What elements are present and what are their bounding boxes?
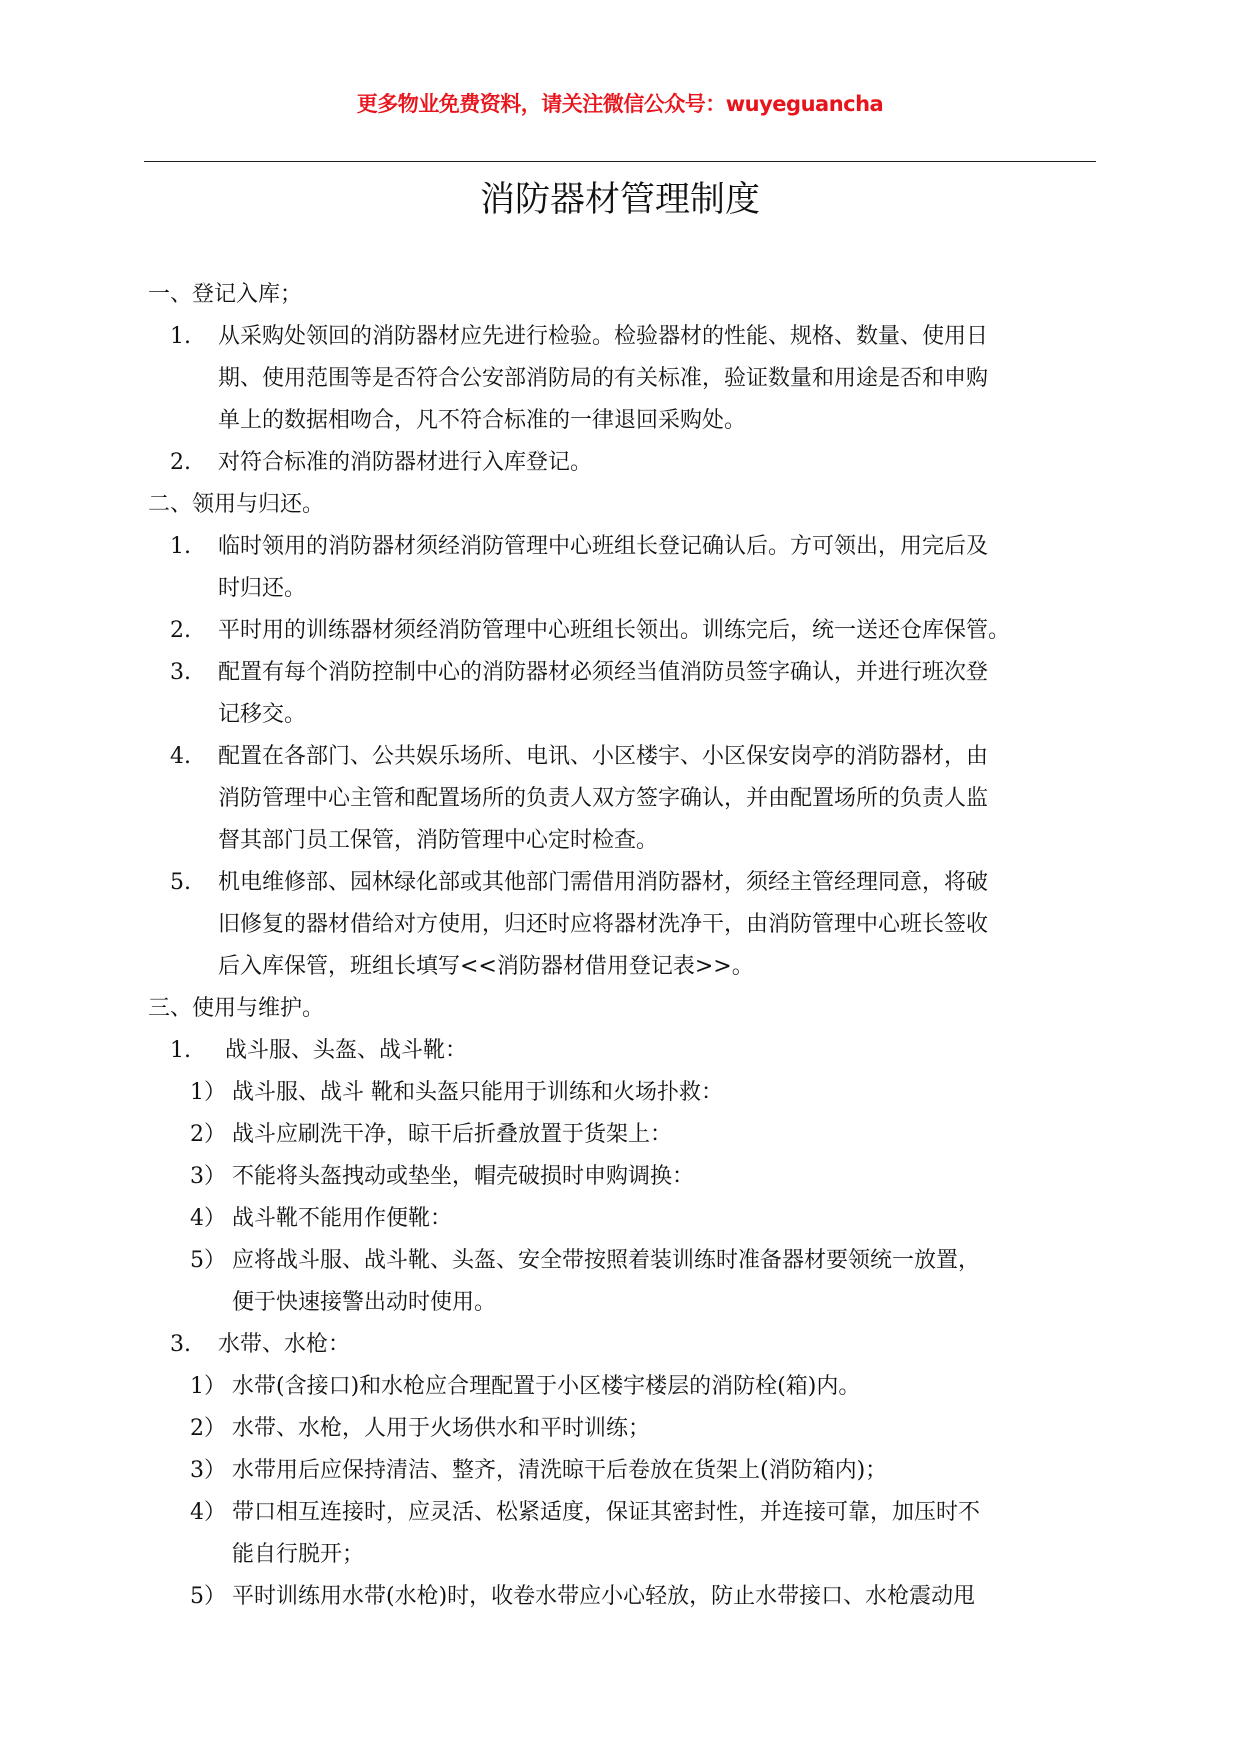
line-text: 战斗应刷洗干净，晾干后折叠放置于货架上： (232, 1122, 672, 1147)
line-text: 消防管理中心主管和配置场所的负责人双方签字确认，并由配置场所的负责人监 (218, 786, 988, 811)
list-item: 2）水带、水枪，人用于火场供水和平时训练； (190, 1408, 650, 1450)
list-item: 5）平时训练用水带(水枪)时，收卷水带应小心轻放，防止水带接口、水枪震动甩 (190, 1576, 975, 1618)
list-number: 5. (170, 862, 218, 904)
paragraph-continuation: 督其部门员工保管，消防管理中心定时检查。 (218, 820, 658, 862)
list-item: 3）不能将头盔拽动或垫坐，帽壳破损时申购调换： (190, 1156, 694, 1198)
section-heading: 二、领用与归还。 (148, 484, 324, 526)
list-number: 3） (190, 1450, 232, 1492)
line-text: 机电维修部、园林绿化部或其他部门需借用消防器材，须经主管经理同意，将破 (218, 870, 988, 895)
line-text: 能自行脱开； (232, 1542, 364, 1567)
list-number: 4） (190, 1198, 232, 1240)
line-text: 不能将头盔拽动或垫坐，帽壳破损时申购调换： (232, 1164, 694, 1189)
line-text: 战斗服、战斗 靴和头盔只能用于训练和火场扑救： (232, 1080, 723, 1105)
list-item: 3）水带用后应保持清洁、整齐，清洗晾干后卷放在货架上(消防箱内)； (190, 1450, 887, 1492)
line-text: 对符合标准的消防器材进行入库登记。 (218, 450, 592, 475)
paragraph-continuation: 单上的数据相吻合，凡不符合标准的一律退回采购处。 (218, 400, 746, 442)
line-text: 记移交。 (218, 702, 306, 727)
list-item: 4.配置在各部门、公共娱乐场所、电讯、小区楼宇、小区保安岗亭的消防器材，由 (170, 736, 988, 778)
line-text: 带口相互连接时，应灵活、松紧适度，保证其密封性，并连接可靠，加压时不 (232, 1500, 980, 1525)
line-text: 三、使用与维护。 (148, 996, 324, 1021)
list-number: 3. (170, 652, 218, 694)
list-item: 3.水带、水枪： (170, 1324, 350, 1366)
line-text: 应将战斗服、战斗靴、头盔、安全带按照着装训练时准备器材要领统一放置， (232, 1248, 980, 1273)
section-heading: 一、登记入库； (148, 274, 302, 316)
paragraph-continuation: 能自行脱开； (232, 1534, 364, 1576)
list-item: 1）水带(含接口)和水枪应合理配置于小区楼宇楼层的消防栓(箱)内。 (190, 1366, 860, 1408)
list-item: 1.临时领用的消防器材须经消防管理中心班组长登记确认后。方可领出，用完后及 (170, 526, 988, 568)
line-text: 水带用后应保持清洁、整齐，清洗晾干后卷放在货架上(消防箱内)； (232, 1458, 887, 1483)
paragraph-continuation: 便于快速接警出动时使用。 (232, 1282, 496, 1324)
list-number: 4. (170, 736, 218, 778)
line-text: 水带、水枪： (218, 1332, 350, 1357)
line-text: 便于快速接警出动时使用。 (232, 1290, 496, 1315)
list-item: 4）带口相互连接时，应灵活、松紧适度，保证其密封性，并连接可靠，加压时不 (190, 1492, 980, 1534)
list-number: 2. (170, 610, 218, 652)
list-number: 1. (170, 1030, 218, 1072)
list-item: 5）应将战斗服、战斗靴、头盔、安全带按照着装训练时准备器材要领统一放置， (190, 1240, 980, 1282)
list-number: 1） (190, 1072, 232, 1114)
paragraph-continuation: 旧修复的器材借给对方使用，归还时应将器材洗净干，由消防管理中心班长签收 (218, 904, 988, 946)
list-number: 2） (190, 1408, 232, 1450)
list-item: 2.平时用的训练器材须经消防管理中心班组长领出。训练完后，统一送还仓库保管。 (170, 610, 1010, 652)
list-number: 5） (190, 1576, 232, 1618)
list-number: 2） (190, 1114, 232, 1156)
paragraph-continuation: 后入库保管，班组长填写<<消防器材借用登记表>>。 (218, 946, 754, 988)
list-item: 5.机电维修部、园林绿化部或其他部门需借用消防器材，须经主管经理同意，将破 (170, 862, 988, 904)
list-item: 3.配置有每个消防控制中心的消防器材必须经当值消防员签字确认，并进行班次登 (170, 652, 988, 694)
line-text: 战斗靴不能用作便靴： (232, 1206, 452, 1231)
line-text: 战斗服、头盔、战斗靴： (218, 1038, 467, 1063)
list-item: 1. 战斗服、头盔、战斗靴： (170, 1030, 467, 1072)
promo-banner: 更多物业免费资料，请关注微信公众号：wuyeguancha (0, 88, 1240, 118)
list-number: 1. (170, 316, 218, 358)
list-number: 1） (190, 1366, 232, 1408)
line-text: 水带、水枪，人用于火场供水和平时训练； (232, 1416, 650, 1441)
list-number: 4） (190, 1492, 232, 1534)
list-number: 3. (170, 1324, 218, 1366)
line-text: 临时领用的消防器材须经消防管理中心班组长登记确认后。方可领出，用完后及 (218, 534, 988, 559)
line-text: 水带(含接口)和水枪应合理配置于小区楼宇楼层的消防栓(箱)内。 (232, 1374, 860, 1399)
list-item: 1.从采购处领回的消防器材应先进行检验。检验器材的性能、规格、数量、使用日 (170, 316, 988, 358)
section-heading: 三、使用与维护。 (148, 988, 324, 1030)
line-text: 后入库保管，班组长填写<<消防器材借用登记表>>。 (218, 954, 754, 979)
list-item: 4）战斗靴不能用作便靴： (190, 1198, 452, 1240)
list-number: 3） (190, 1156, 232, 1198)
paragraph-continuation: 记移交。 (218, 694, 306, 736)
list-item: 1）战斗服、战斗 靴和头盔只能用于训练和火场扑救： (190, 1072, 723, 1114)
line-text: 配置有每个消防控制中心的消防器材必须经当值消防员签字确认，并进行班次登 (218, 660, 988, 685)
line-text: 督其部门员工保管，消防管理中心定时检查。 (218, 828, 658, 853)
list-item: 2.对符合标准的消防器材进行入库登记。 (170, 442, 592, 484)
line-text: 单上的数据相吻合，凡不符合标准的一律退回采购处。 (218, 408, 746, 433)
paragraph-continuation: 期、使用范围等是否符合公安部消防局的有关标准，验证数量和用途是否和申购 (218, 358, 988, 400)
line-text: 旧修复的器材借给对方使用，归还时应将器材洗净干，由消防管理中心班长签收 (218, 912, 988, 937)
list-number: 1. (170, 526, 218, 568)
line-text: 平时用的训练器材须经消防管理中心班组长领出。训练完后，统一送还仓库保管。 (218, 618, 1010, 643)
line-text: 平时训练用水带(水枪)时，收卷水带应小心轻放，防止水带接口、水枪震动甩 (232, 1584, 975, 1609)
list-number: 2. (170, 442, 218, 484)
paragraph-continuation: 消防管理中心主管和配置场所的负责人双方签字确认，并由配置场所的负责人监 (218, 778, 988, 820)
line-text: 从采购处领回的消防器材应先进行检验。检验器材的性能、规格、数量、使用日 (218, 324, 988, 349)
line-text: 一、登记入库； (148, 282, 302, 307)
line-text: 二、领用与归还。 (148, 492, 324, 517)
document-title: 消防器材管理制度 (0, 172, 1240, 222)
paragraph-continuation: 时归还。 (218, 568, 306, 610)
list-item: 2）战斗应刷洗干净，晾干后折叠放置于货架上： (190, 1114, 672, 1156)
line-text: 时归还。 (218, 576, 306, 601)
line-text: 配置在各部门、公共娱乐场所、电讯、小区楼宇、小区保安岗亭的消防器材，由 (218, 744, 988, 769)
list-number: 5） (190, 1240, 232, 1282)
header-divider (144, 161, 1096, 162)
line-text: 期、使用范围等是否符合公安部消防局的有关标准，验证数量和用途是否和申购 (218, 366, 988, 391)
